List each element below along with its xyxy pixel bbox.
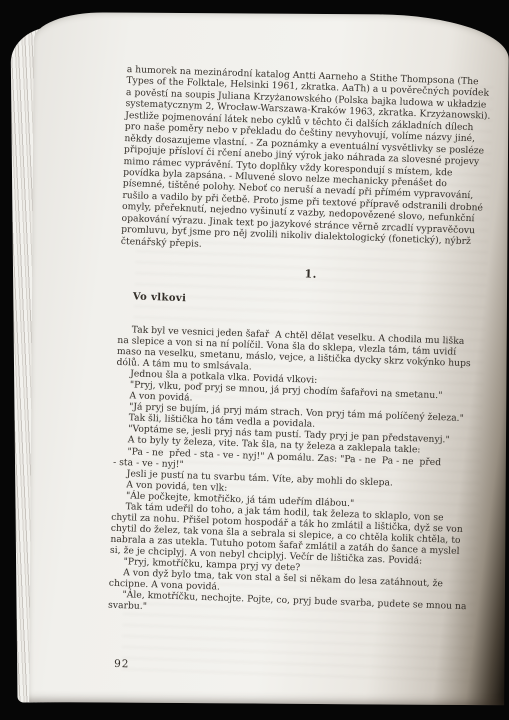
story-title: Vo vlkovi <box>119 291 501 316</box>
story-text: Tak byl ve vesnici jeden šafař A chtěl d… <box>108 324 500 624</box>
intro-paragraph: a humorek na mezinárodní katalog Antti A… <box>121 64 509 260</box>
page-text: a humorek na mezinárodní katalog Antti A… <box>106 64 509 683</box>
book-photo: a humorek na mezinárodní katalog Antti A… <box>0 0 509 720</box>
section-number: 1. <box>120 261 502 288</box>
